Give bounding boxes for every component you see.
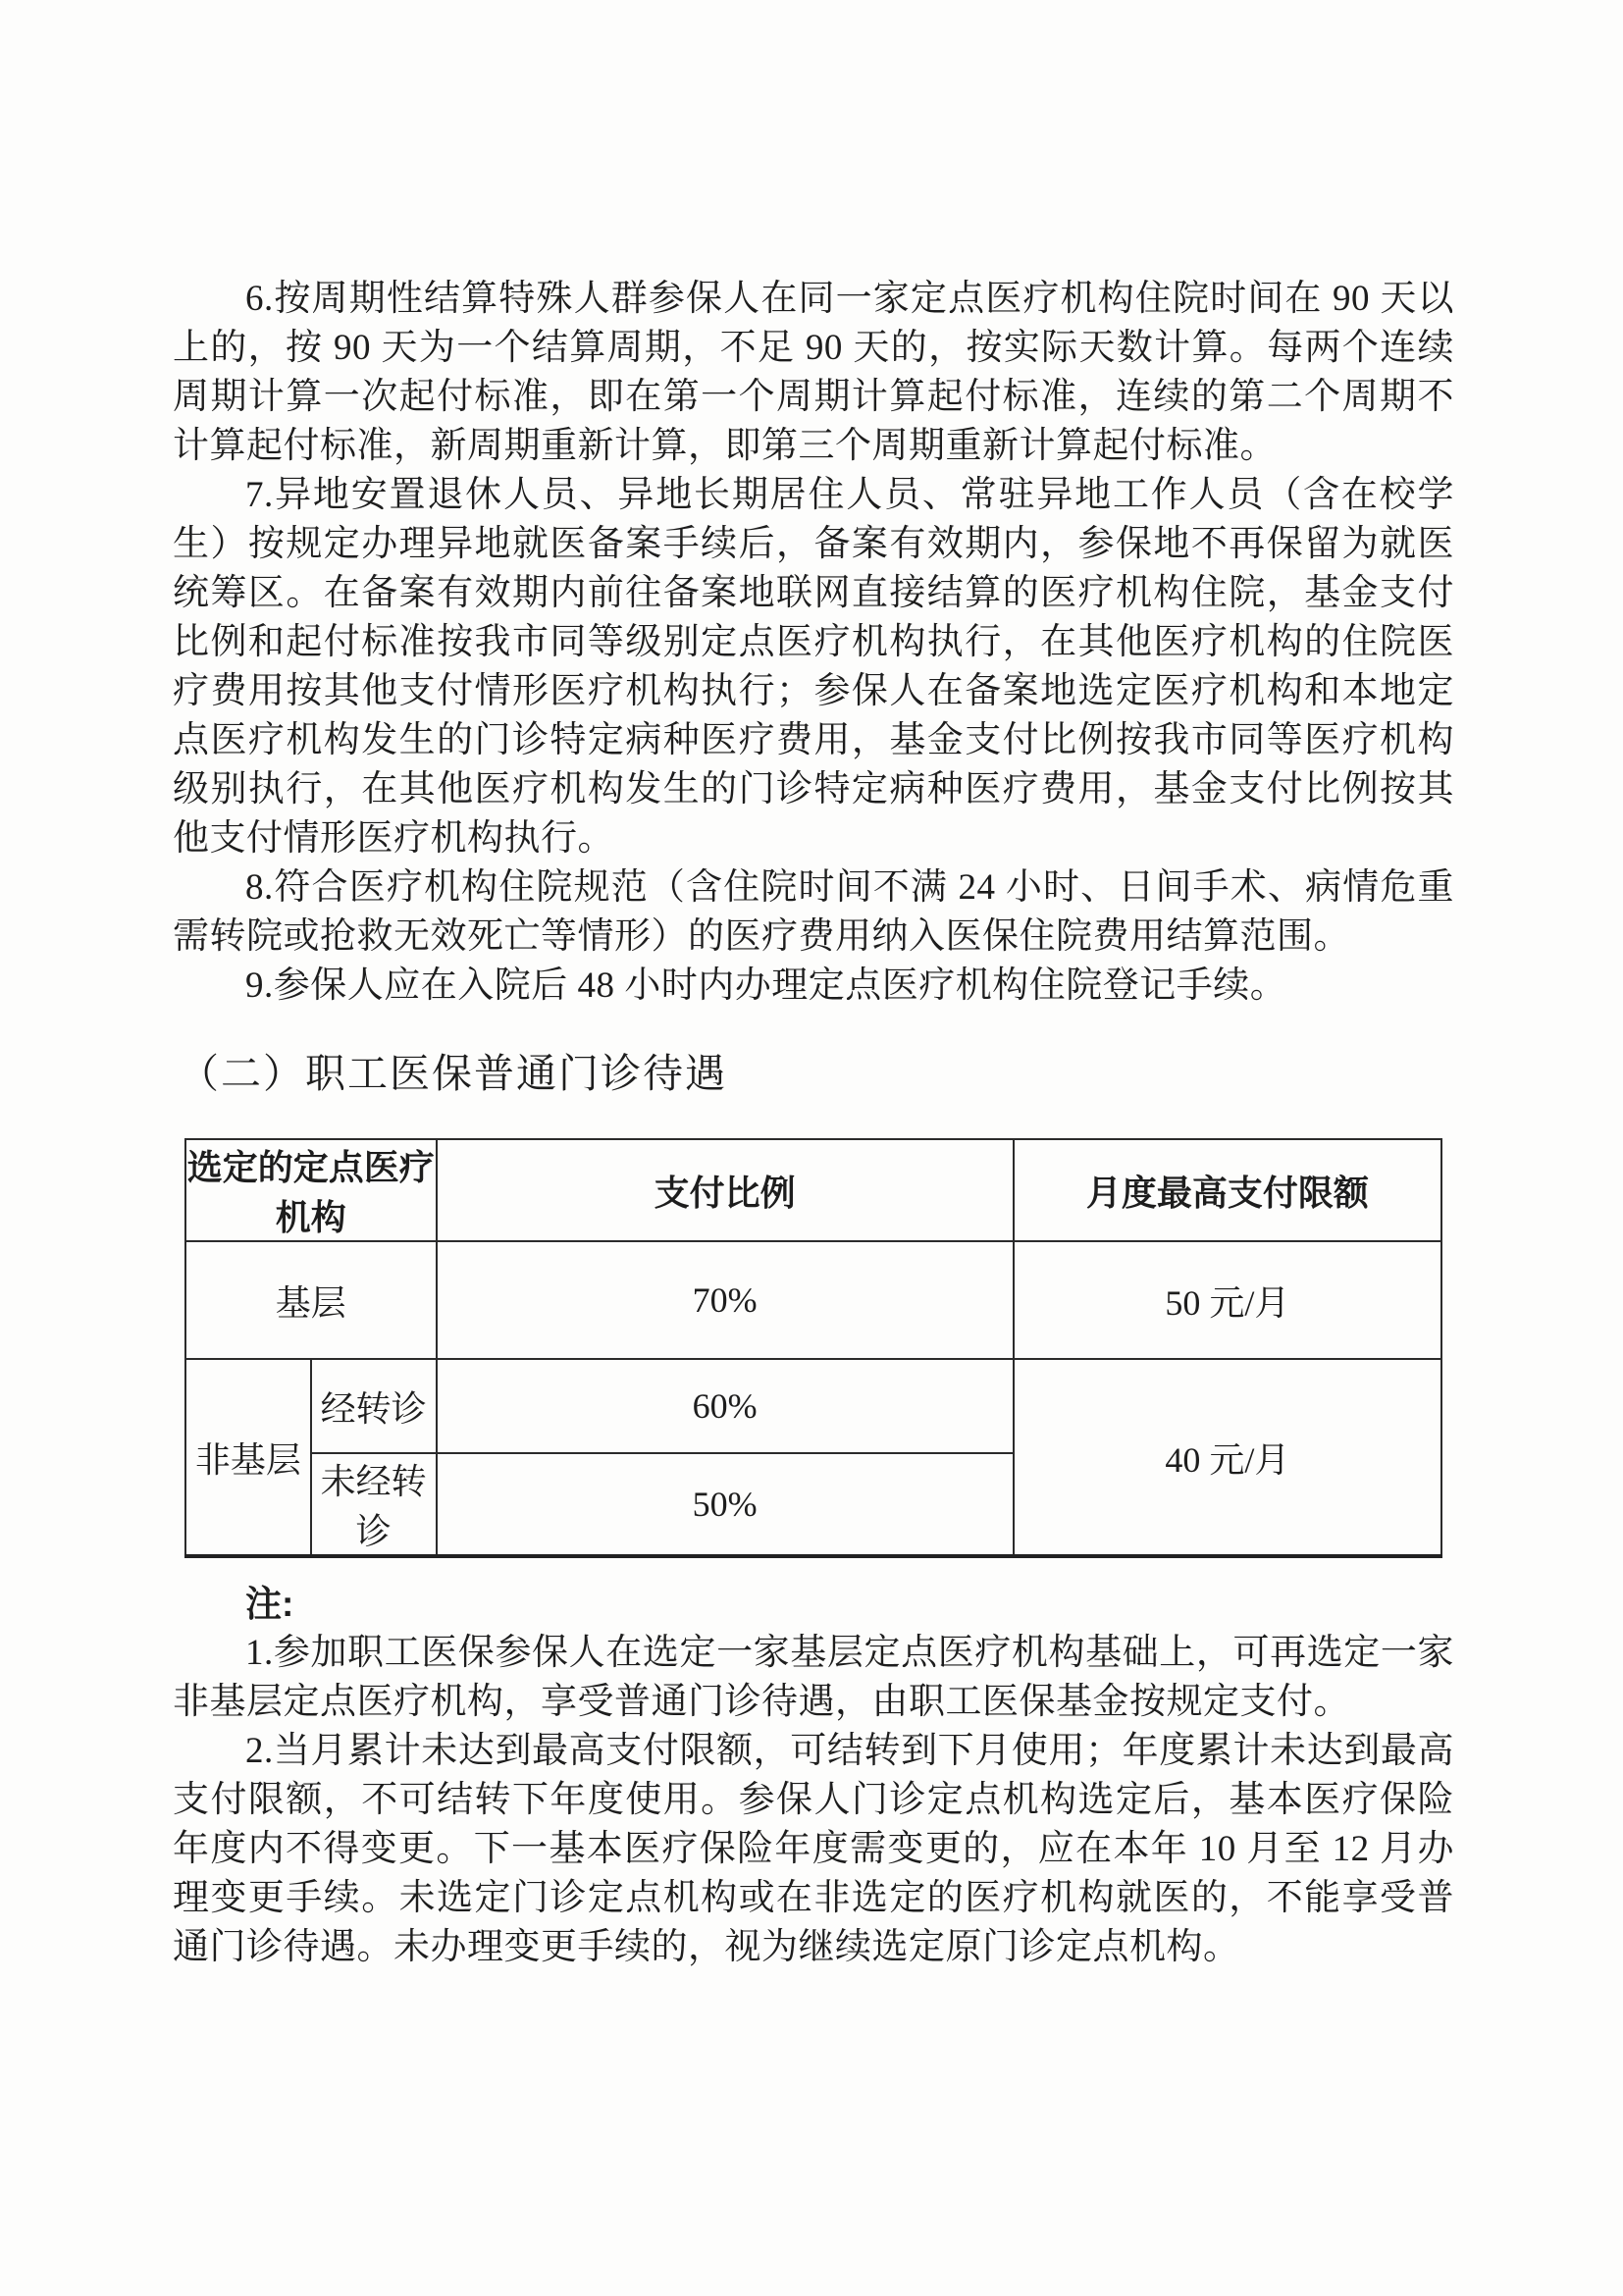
note-2: 2.当月累计未达到最高支付限额，可结转到下月使用；年度累计未达到最高支付限额，不… (173, 1727, 1454, 1972)
cell-org-jiceng: 基层 (185, 1241, 437, 1359)
paragraph-8: 8.符合医疗机构住院规范（含住院时间不满 24 小时、日间手术、病情危重需转院或… (173, 863, 1454, 962)
table-row-jiceng: 基层 70% 50 元/月 (185, 1241, 1441, 1359)
cell-limit-feijiceng: 40 元/月 (1014, 1359, 1441, 1556)
cell-org-feijiceng: 非基层 (185, 1359, 311, 1556)
document-content: 6.按周期性结算特殊人群参保人在同一家定点医疗机构住院时间在 90 天以上的，按… (173, 275, 1454, 1972)
table-header-row: 选定的定点医疗机构 支付比例 月度最高支付限额 (185, 1139, 1441, 1241)
header-cell-ratio: 支付比例 (437, 1139, 1014, 1241)
note-1: 1.参加职工医保参保人在选定一家基层定点医疗机构基础上，可再选定一家非基层定点医… (173, 1629, 1454, 1727)
cell-ratio-referred: 60% (437, 1359, 1014, 1453)
notes-label: 注: (173, 1580, 1454, 1629)
paragraph-6: 6.按周期性结算特殊人群参保人在同一家定点医疗机构住院时间在 90 天以上的，按… (173, 275, 1454, 471)
outpatient-benefit-table: 选定的定点医疗机构 支付比例 月度最高支付限额 基层 70% 50 元/月 非基… (184, 1138, 1442, 1558)
section-heading: （二）职工医保普通门诊待遇 (179, 1048, 1454, 1099)
table-row-feijiceng-referred: 非基层 经转诊 60% 40 元/月 (185, 1359, 1441, 1453)
cell-ratio-unreferred: 50% (437, 1453, 1014, 1556)
header-cell-limit: 月度最高支付限额 (1014, 1139, 1441, 1241)
cell-ratio-jiceng: 70% (437, 1241, 1014, 1359)
cell-type-unreferred: 未经转诊 (311, 1453, 437, 1556)
header-cell-org: 选定的定点医疗机构 (185, 1139, 437, 1241)
paragraph-7: 7.异地安置退休人员、异地长期居住人员、常驻异地工作人员（含在校学生）按规定办理… (173, 471, 1454, 863)
document-page: 6.按周期性结算特殊人群参保人在同一家定点医疗机构住院时间在 90 天以上的，按… (0, 0, 1623, 2296)
cell-limit-jiceng: 50 元/月 (1014, 1241, 1441, 1359)
paragraph-9: 9.参保人应在入院后 48 小时内办理定点医疗机构住院登记手续。 (173, 962, 1454, 1011)
cell-type-referred: 经转诊 (311, 1359, 437, 1453)
